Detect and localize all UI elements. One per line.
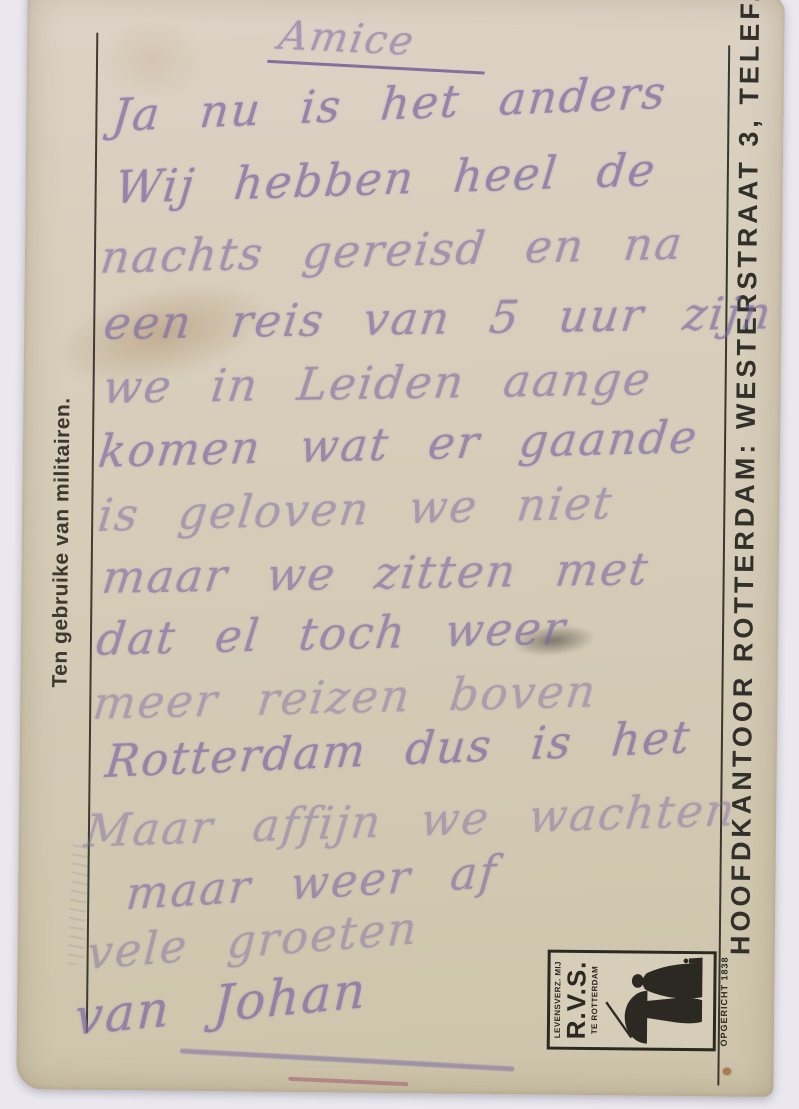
rvs-founded: OPGERICHT 1838 <box>719 951 730 1051</box>
handwriting-line: we in Leiden aange <box>100 352 655 414</box>
rvs-logo-frame: LEVENSVERZ. MIJ R.V.S. TE ROTTERDAM <box>547 950 717 1052</box>
paper-stain-dot <box>722 1067 731 1075</box>
salutation: Amice <box>275 13 418 65</box>
handwriting-line: nachts gereisd en na <box>98 217 687 284</box>
postcard: Ten gebruike van militairen. HOOFDKANTOO… <box>16 0 784 1097</box>
rvs-company-city: TE ROTTERDAM <box>590 966 600 1034</box>
handwriting-line: komen wat er gaande <box>96 410 701 478</box>
handwriting-line: maar we zitten met <box>99 542 652 604</box>
left-margin-note: Ten gebruike van militairen. <box>48 377 77 707</box>
signature-underline <box>180 1048 515 1071</box>
rvs-company-name: R.V.S. <box>563 960 590 1039</box>
handwriting-line: Maar affijn we wachten <box>82 783 739 858</box>
handwriting-line: een reis van 5 uur zijn <box>101 286 776 350</box>
handwriting-line: Wij hebben heel de <box>113 143 660 214</box>
couple-silhouette-illustration <box>601 955 706 1046</box>
handwriting-line: dat el toch weer <box>94 601 570 666</box>
scan-background: { "postcard": { "salutation": "Amice", "… <box>0 0 799 1109</box>
signature-underline-2 <box>288 1077 408 1086</box>
rvs-logo: LEVENSVERZ. MIJ R.V.S. TE ROTTERDAM <box>547 950 734 1052</box>
faint-pencil-scribble <box>67 844 88 965</box>
handwriting-line: is geloven we niet <box>95 476 616 542</box>
